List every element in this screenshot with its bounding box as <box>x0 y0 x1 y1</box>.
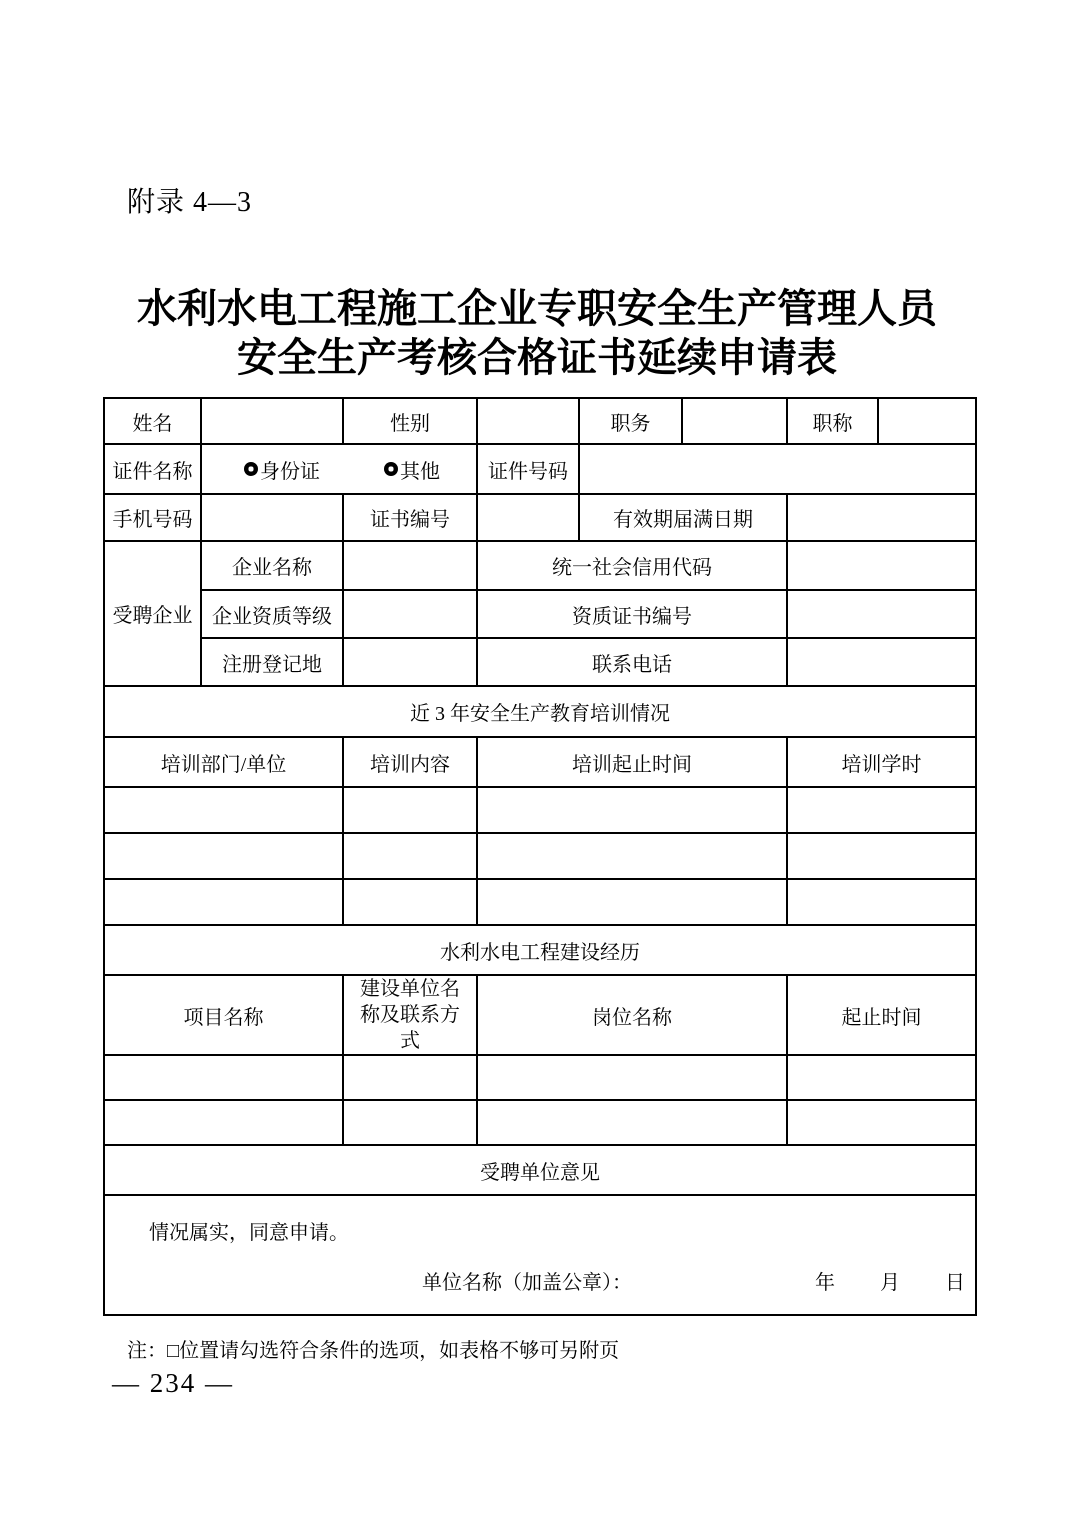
page-title: 水利水电工程施工企业专职安全生产管理人员 安全生产考核合格证书延续申请表 <box>0 284 1074 382</box>
table-row: 受聘企业 企业名称 统一社会信用代码 <box>104 541 976 590</box>
table-row <box>104 787 976 833</box>
experience-header-project: 项目名称 <box>104 975 343 1055</box>
page-title-line2: 安全生产考核合格证书延续申请表 <box>0 333 1074 382</box>
opinion-cell: 情况属实，同意申请。 单位名称（加盖公章）： 年月日 <box>104 1195 976 1315</box>
page-title-line1: 水利水电工程施工企业专职安全生产管理人员 <box>0 284 1074 333</box>
empty-cell <box>104 1055 343 1100</box>
table-row: 受聘单位意见 <box>104 1145 976 1195</box>
empty-cell <box>477 833 787 879</box>
qualification-level-label: 企业资质等级 <box>201 590 343 638</box>
empty-cell <box>343 879 477 925</box>
professional-title-value-cell <box>878 398 976 444</box>
name-label: 姓名 <box>104 398 201 444</box>
empty-cell <box>104 833 343 879</box>
empty-cell <box>787 1100 976 1145</box>
position-label: 职务 <box>579 398 682 444</box>
gender-label: 性别 <box>343 398 477 444</box>
empty-cell <box>477 879 787 925</box>
page-number: — 234 — <box>112 1368 234 1399</box>
id-card-option-label: 身份证 <box>260 455 320 484</box>
experience-header-period: 起止时间 <box>787 975 976 1055</box>
empty-cell <box>787 879 976 925</box>
training-section-title: 近 3 年安全生产教育培训情况 <box>104 686 976 737</box>
footnote: 注：□位置请勾选符合条件的选项，如表格不够可另附页 <box>127 1334 619 1363</box>
other-radio-option[interactable]: 其他 <box>384 455 440 484</box>
table-row <box>104 1055 976 1100</box>
month-label: 月 <box>880 1266 900 1295</box>
empty-cell <box>787 787 976 833</box>
cert-type-options-cell: 身份证 其他 <box>201 444 477 494</box>
empty-cell <box>343 787 477 833</box>
empty-cell <box>477 787 787 833</box>
table-row <box>104 1100 976 1145</box>
cert-name-label: 证件名称 <box>104 444 201 494</box>
experience-section-title: 水利水电工程建设经历 <box>104 925 976 975</box>
certificate-no-value-cell <box>477 494 579 541</box>
table-row: 项目名称 建设单位名称及联系方式 岗位名称 起止时间 <box>104 975 976 1055</box>
date-labels: 年月日 <box>815 1266 965 1295</box>
radio-icon[interactable] <box>244 462 258 476</box>
empty-cell <box>787 1055 976 1100</box>
experience-header-post: 岗位名称 <box>477 975 787 1055</box>
certificate-no-label: 证书编号 <box>343 494 477 541</box>
year-label: 年 <box>815 1266 835 1295</box>
application-form-table: 姓名 性别 职务 职称 证件名称 身份证 其他 证件号码 <box>103 397 977 1316</box>
table-row: 注册登记地 联系电话 <box>104 638 976 686</box>
table-row: 证件名称 身份证 其他 证件号码 <box>104 444 976 494</box>
training-header-department: 培训部门/单位 <box>104 737 343 787</box>
training-header-period: 培训起止时间 <box>477 737 787 787</box>
registered-address-label: 注册登记地 <box>201 638 343 686</box>
day-label: 日 <box>945 1266 965 1295</box>
table-row: 培训部门/单位 培训内容 培训起止时间 培训学时 <box>104 737 976 787</box>
credit-code-label: 统一社会信用代码 <box>477 541 787 590</box>
qualification-cert-no-label: 资质证书编号 <box>477 590 787 638</box>
table-row: 近 3 年安全生产教育培训情况 <box>104 686 976 737</box>
appendix-label: 附录 4—3 <box>127 180 252 220</box>
empty-cell <box>477 1100 787 1145</box>
table-row <box>104 879 976 925</box>
empty-cell <box>104 1100 343 1145</box>
empty-cell <box>343 1055 477 1100</box>
table-row <box>104 833 976 879</box>
expiry-date-label: 有效期届满日期 <box>579 494 787 541</box>
table-row: 企业资质等级 资质证书编号 <box>104 590 976 638</box>
mobile-value-cell <box>201 494 343 541</box>
empty-cell <box>104 879 343 925</box>
id-card-radio-option[interactable]: 身份证 <box>244 455 320 484</box>
cert-number-label: 证件号码 <box>477 444 579 494</box>
experience-header-owner: 建设单位名称及联系方式 <box>343 975 477 1055</box>
position-value-cell <box>682 398 787 444</box>
other-option-label: 其他 <box>400 455 440 484</box>
mobile-label: 手机号码 <box>104 494 201 541</box>
table-row: 水利水电工程建设经历 <box>104 925 976 975</box>
qualification-level-value-cell <box>343 590 477 638</box>
expiry-date-value-cell <box>787 494 976 541</box>
cert-number-value-cell <box>579 444 976 494</box>
gender-value-cell <box>477 398 579 444</box>
qualification-cert-no-value-cell <box>787 590 976 638</box>
training-header-content: 培训内容 <box>343 737 477 787</box>
table-row: 姓名 性别 职务 职称 <box>104 398 976 444</box>
phone-label: 联系电话 <box>477 638 787 686</box>
training-header-hours: 培训学时 <box>787 737 976 787</box>
opinion-section-title: 受聘单位意见 <box>104 1145 976 1195</box>
table-row: 手机号码 证书编号 有效期届满日期 <box>104 494 976 541</box>
company-name-label: 企业名称 <box>201 541 343 590</box>
empty-cell <box>787 833 976 879</box>
employer-group-label: 受聘企业 <box>104 541 201 686</box>
professional-title-label: 职称 <box>787 398 878 444</box>
empty-cell <box>343 833 477 879</box>
credit-code-value-cell <box>787 541 976 590</box>
opinion-statement: 情况属实，同意申请。 <box>149 1216 349 1245</box>
empty-cell <box>343 1100 477 1145</box>
seal-label: 单位名称（加盖公章）： <box>422 1266 632 1295</box>
name-value-cell <box>201 398 343 444</box>
radio-icon[interactable] <box>384 462 398 476</box>
table-row: 情况属实，同意申请。 单位名称（加盖公章）： 年月日 <box>104 1195 976 1315</box>
empty-cell <box>104 787 343 833</box>
phone-value-cell <box>787 638 976 686</box>
registered-address-value-cell <box>343 638 477 686</box>
company-name-value-cell <box>343 541 477 590</box>
empty-cell <box>477 1055 787 1100</box>
